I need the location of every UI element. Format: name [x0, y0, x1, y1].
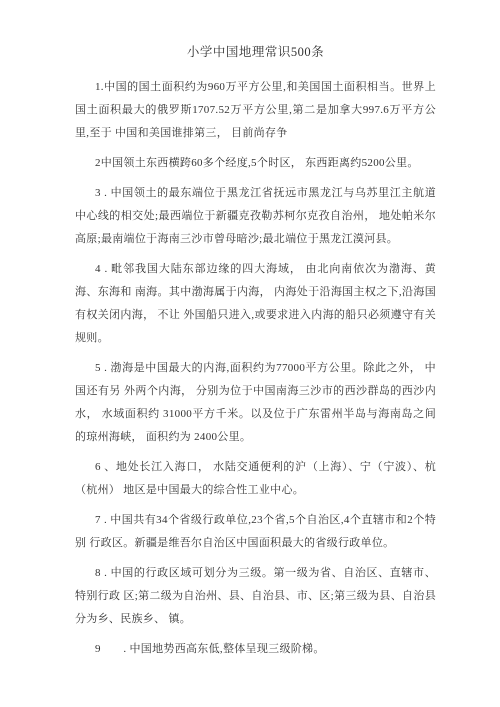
- paragraph-1: 1.中国的国土面积约为960万平方公里,和美国国土面积相当。世界上国土面积最大的…: [75, 76, 436, 145]
- paragraph-4: 4 . 毗邻我国大陆东部边缘的四大海域， 由北向南依次为渤海、黄海、东海和 南海…: [75, 258, 436, 350]
- document-page: 小学中国地理常识500条 1.中国的国土面积约为960万平方公里,和美国国土面积…: [0, 0, 500, 707]
- page-title: 小学中国地理常识500条: [75, 42, 436, 62]
- paragraph-7: 7 . 中国共有34个省级行政单位,23个省,5个自治区,4个直辖市和2个特别 …: [75, 509, 436, 555]
- paragraph-8: 8 . 中国的行政区域可划分为三级。第一级为省、自治区、直辖市、特别行政 区;第…: [75, 562, 436, 631]
- paragraph-2: 2中国领土东西横跨60多个经度,5个时区， 东西距离约5200公里。: [75, 152, 436, 175]
- paragraph-6: 6 、地处长江入海口， 水陆交通便利的沪（上海）、宁（宁波）、杭（杭州） 地区是…: [75, 456, 436, 502]
- paragraph-3: 3 . 中国领土的最东端位于黑龙江省抚远市黑龙江与乌苏里江主航道中心线的相交处;…: [75, 182, 436, 251]
- paragraph-5: 5 . 渤海是中国最大的内海,面积约为77000平方公里。除此之外， 中国还有另…: [75, 357, 436, 449]
- paragraph-9: 9 . 中国地势西高东低,整体呈现三级阶梯。: [75, 638, 436, 661]
